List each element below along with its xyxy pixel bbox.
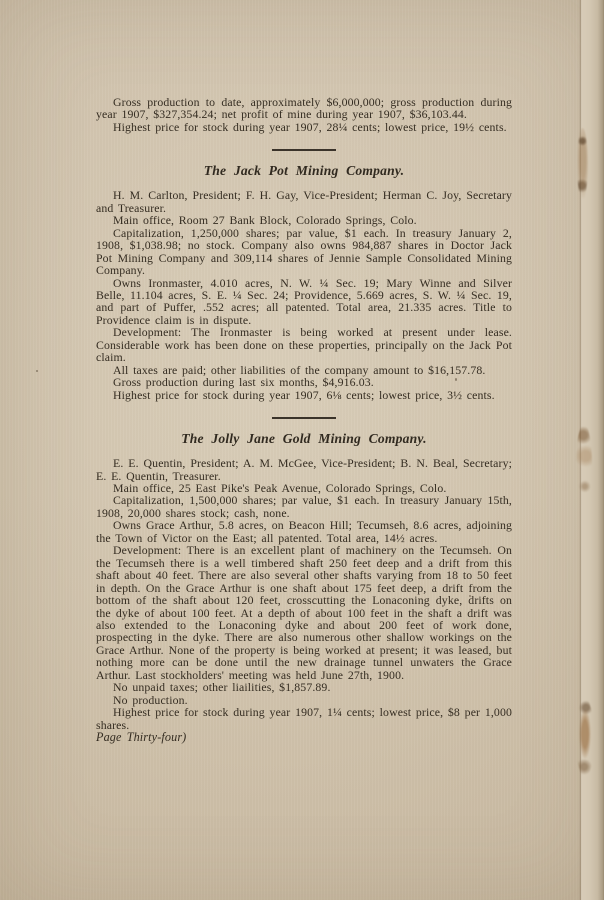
paragraph-main-office: Main office, Room 27 Bank Block, Colorad… (96, 214, 512, 226)
paragraph-capitalization: Capitalization, 1,250,000 shares; par va… (96, 227, 512, 277)
paragraph-development: Development: There is an excellent plant… (96, 544, 512, 681)
page-footer: Page Thirty-four) (96, 731, 512, 743)
paragraph-development: Development: The Ironmaster is being wor… (96, 326, 512, 363)
section-title-jack-pot: The Jack Pot Mining Company. (96, 163, 512, 179)
scanned-book-page: Gross production to date, approximately … (0, 0, 604, 900)
section-separator (272, 417, 336, 419)
paragraph-capitalization: Capitalization, 1,500,000 shares; par va… (96, 494, 512, 519)
section-body-jolly-jane: E. E. Quentin, President; A. M. McGee, V… (96, 457, 512, 731)
section-body-jack-pot: H. M. Carlton, President; F. H. Gay, Vic… (96, 189, 512, 401)
text-column: Gross production to date, approximately … (96, 96, 512, 743)
stain-mark-top (577, 128, 588, 200)
section-title-jolly-jane: The Jolly Jane Gold Mining Company. (96, 431, 512, 447)
stain-mark-bottom (576, 698, 594, 778)
intro-paragraph-stock-price: Highest price for stock during year 1907… (96, 121, 512, 133)
paragraph-stock-price: Highest price for stock during year 1907… (96, 389, 512, 401)
paragraph-stock-price: Highest price for stock during year 1907… (96, 706, 512, 731)
section-separator (272, 149, 336, 151)
paragraph-officers: E. E. Quentin, President; A. M. McGee, V… (96, 457, 512, 482)
paragraph-property-owned: Owns Ironmaster, 4.010 acres, N. W. ¼ Se… (96, 277, 512, 327)
stain-mark-middle (576, 424, 592, 504)
paragraph-taxes: No unpaid taxes; other liailities, $1,85… (96, 681, 512, 693)
paragraph-production: Gross production during last six months,… (96, 376, 512, 388)
paragraph-property-owned: Owns Grace Arthur, 5.8 acres, on Beacon … (96, 519, 512, 544)
paper-speck (36, 370, 38, 372)
paragraph-officers: H. M. Carlton, President; F. H. Gay, Vic… (96, 189, 512, 214)
intro-paragraph-gross-production: Gross production to date, approximately … (96, 96, 512, 121)
